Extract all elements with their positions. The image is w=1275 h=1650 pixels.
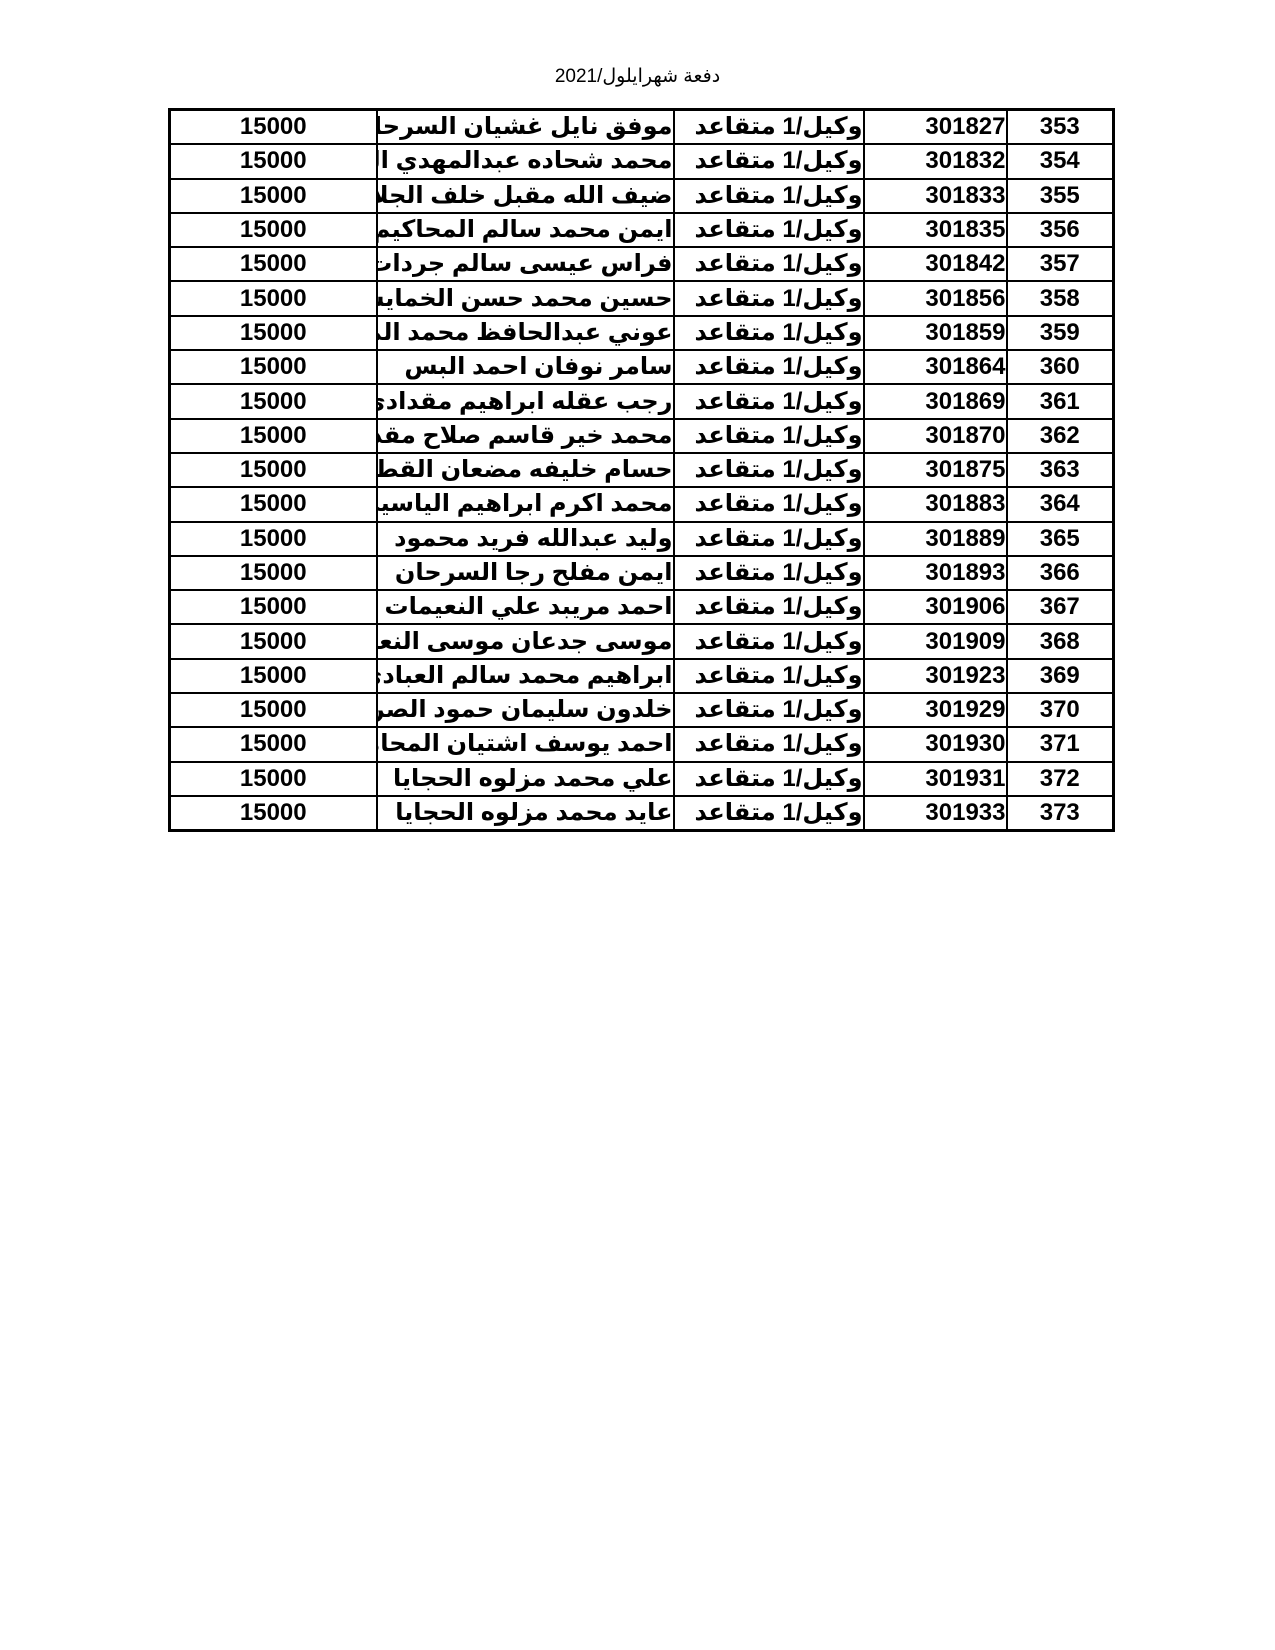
- id-cell: 301931: [864, 762, 1007, 796]
- amount-cell: 15000: [170, 453, 377, 487]
- id-cell: 301870: [864, 419, 1007, 453]
- sequence-cell: 368: [1007, 624, 1114, 658]
- table-row: 15000 محمد اكرم ابراهيم الياسين وكيل/1 م…: [170, 487, 1114, 521]
- amount-cell: 15000: [170, 487, 377, 521]
- sequence-cell: 361: [1007, 384, 1114, 418]
- sequence-cell: 365: [1007, 522, 1114, 556]
- id-cell: 301893: [864, 556, 1007, 590]
- id-cell: 301930: [864, 727, 1007, 761]
- name-cell: وليد عبدالله فريد محمود: [377, 522, 674, 556]
- sequence-cell: 358: [1007, 281, 1114, 315]
- sequence-cell: 369: [1007, 659, 1114, 693]
- table-row: 15000 حسام خليفه مضعان القطيفان وكيل/1 م…: [170, 453, 1114, 487]
- id-cell: 301906: [864, 590, 1007, 624]
- type-cell: وكيل/1 متقاعد: [674, 624, 864, 658]
- type-cell: وكيل/1 متقاعد: [674, 144, 864, 178]
- table-row: 15000 محمد خير قاسم صلاح مقدادي وكيل/1 م…: [170, 419, 1114, 453]
- table-row: 15000 رجب عقله ابراهيم مقدادي وكيل/1 متق…: [170, 384, 1114, 418]
- type-cell: وكيل/1 متقاعد: [674, 796, 864, 831]
- name-cell: محمد اكرم ابراهيم الياسين: [377, 487, 674, 521]
- amount-cell: 15000: [170, 179, 377, 213]
- amount-cell: 15000: [170, 796, 377, 831]
- id-cell: 301832: [864, 144, 1007, 178]
- name-cell: ابراهيم محمد سالم العبادي: [377, 659, 674, 693]
- id-cell: 301842: [864, 247, 1007, 281]
- table-row: 15000 خلدون سليمان حمود الصرايره وكيل/1 …: [170, 693, 1114, 727]
- name-cell: محمد خير قاسم صلاح مقدادي: [377, 419, 674, 453]
- name-cell: عايد محمد مزلوه الحجايا: [377, 796, 674, 831]
- name-cell: موسى جدعان موسى النعيمات: [377, 624, 674, 658]
- amount-cell: 15000: [170, 419, 377, 453]
- id-cell: 301923: [864, 659, 1007, 693]
- sequence-cell: 372: [1007, 762, 1114, 796]
- amount-cell: 15000: [170, 556, 377, 590]
- table-row: 15000 عوني عبدالحافظ محمد المناصير وكيل/…: [170, 316, 1114, 350]
- id-cell: 301869: [864, 384, 1007, 418]
- name-cell: ضيف الله مقبل خلف الجلاغيف: [377, 179, 674, 213]
- type-cell: وكيل/1 متقاعد: [674, 453, 864, 487]
- table-row: 15000 حسين محمد حسن الخمايسه وكيل/1 متقا…: [170, 281, 1114, 315]
- amount-cell: 15000: [170, 693, 377, 727]
- table-row: 15000 ابراهيم محمد سالم العبادي وكيل/1 م…: [170, 659, 1114, 693]
- table-row: 15000 محمد شحاده عبدالمهدي الجلاغيف وكيل…: [170, 144, 1114, 178]
- sequence-cell: 360: [1007, 350, 1114, 384]
- name-cell: محمد شحاده عبدالمهدي الجلاغيف: [377, 144, 674, 178]
- type-cell: وكيل/1 متقاعد: [674, 316, 864, 350]
- type-cell: وكيل/1 متقاعد: [674, 110, 864, 145]
- id-cell: 301929: [864, 693, 1007, 727]
- amount-cell: 15000: [170, 624, 377, 658]
- table-row: 15000 موفق نايل غشيان السرحان وكيل/1 متق…: [170, 110, 1114, 145]
- table-row: 15000 سامر نوفان احمد البس وكيل/1 متقاعد…: [170, 350, 1114, 384]
- sequence-cell: 355: [1007, 179, 1114, 213]
- type-cell: وكيل/1 متقاعد: [674, 522, 864, 556]
- type-cell: وكيل/1 متقاعد: [674, 281, 864, 315]
- sequence-cell: 357: [1007, 247, 1114, 281]
- type-cell: وكيل/1 متقاعد: [674, 590, 864, 624]
- type-cell: وكيل/1 متقاعد: [674, 727, 864, 761]
- id-cell: 301909: [864, 624, 1007, 658]
- table-row: 15000 فراس عيسى سالم جردات وكيل/1 متقاعد…: [170, 247, 1114, 281]
- amount-cell: 15000: [170, 247, 377, 281]
- type-cell: وكيل/1 متقاعد: [674, 384, 864, 418]
- sequence-cell: 367: [1007, 590, 1114, 624]
- amount-cell: 15000: [170, 281, 377, 315]
- id-cell: 301859: [864, 316, 1007, 350]
- amount-cell: 15000: [170, 727, 377, 761]
- table-row: 15000 علي محمد مزلوه الحجايا وكيل/1 متقا…: [170, 762, 1114, 796]
- name-cell: حسام خليفه مضعان القطيفان: [377, 453, 674, 487]
- sequence-cell: 354: [1007, 144, 1114, 178]
- type-cell: وكيل/1 متقاعد: [674, 179, 864, 213]
- amount-cell: 15000: [170, 762, 377, 796]
- page-title: دفعة شهرايلول/2021: [0, 64, 1275, 90]
- amount-cell: 15000: [170, 659, 377, 693]
- sequence-cell: 364: [1007, 487, 1114, 521]
- amount-cell: 15000: [170, 144, 377, 178]
- id-cell: 301864: [864, 350, 1007, 384]
- table-row: 15000 موسى جدعان موسى النعيمات وكيل/1 مت…: [170, 624, 1114, 658]
- type-cell: وكيل/1 متقاعد: [674, 487, 864, 521]
- type-cell: وكيل/1 متقاعد: [674, 247, 864, 281]
- name-cell: خلدون سليمان حمود الصرايره: [377, 693, 674, 727]
- name-cell: عوني عبدالحافظ محمد المناصير: [377, 316, 674, 350]
- sequence-cell: 359: [1007, 316, 1114, 350]
- id-cell: 301833: [864, 179, 1007, 213]
- type-cell: وكيل/1 متقاعد: [674, 419, 864, 453]
- amount-cell: 15000: [170, 384, 377, 418]
- name-cell: ايمن محمد سالم المحاكيم: [377, 213, 674, 247]
- name-cell: احمد مريبد علي النعيمات: [377, 590, 674, 624]
- type-cell: وكيل/1 متقاعد: [674, 350, 864, 384]
- type-cell: وكيل/1 متقاعد: [674, 693, 864, 727]
- payment-roster-table: 15000 موفق نايل غشيان السرحان وكيل/1 متق…: [168, 108, 1115, 832]
- name-cell: حسين محمد حسن الخمايسه: [377, 281, 674, 315]
- sequence-cell: 356: [1007, 213, 1114, 247]
- type-cell: وكيل/1 متقاعد: [674, 659, 864, 693]
- id-cell: 301835: [864, 213, 1007, 247]
- sequence-cell: 373: [1007, 796, 1114, 831]
- table-row: 15000 ايمن مفلح رجا السرحان وكيل/1 متقاع…: [170, 556, 1114, 590]
- id-cell: 301933: [864, 796, 1007, 831]
- name-cell: موفق نايل غشيان السرحان: [377, 110, 674, 145]
- sequence-cell: 353: [1007, 110, 1114, 145]
- amount-cell: 15000: [170, 316, 377, 350]
- amount-cell: 15000: [170, 110, 377, 145]
- name-cell: رجب عقله ابراهيم مقدادي: [377, 384, 674, 418]
- sequence-cell: 362: [1007, 419, 1114, 453]
- amount-cell: 15000: [170, 350, 377, 384]
- table-row: 15000 احمد مريبد علي النعيمات وكيل/1 متق…: [170, 590, 1114, 624]
- type-cell: وكيل/1 متقاعد: [674, 213, 864, 247]
- id-cell: 301875: [864, 453, 1007, 487]
- table-row: 15000 ضيف الله مقبل خلف الجلاغيف وكيل/1 …: [170, 179, 1114, 213]
- table-row: 15000 عايد محمد مزلوه الحجايا وكيل/1 متق…: [170, 796, 1114, 831]
- sequence-cell: 366: [1007, 556, 1114, 590]
- name-cell: ايمن مفلح رجا السرحان: [377, 556, 674, 590]
- amount-cell: 15000: [170, 213, 377, 247]
- name-cell: احمد يوسف اشتيان المحاميد: [377, 727, 674, 761]
- amount-cell: 15000: [170, 522, 377, 556]
- id-cell: 301889: [864, 522, 1007, 556]
- table-row: 15000 احمد يوسف اشتيان المحاميد وكيل/1 م…: [170, 727, 1114, 761]
- amount-cell: 15000: [170, 590, 377, 624]
- id-cell: 301856: [864, 281, 1007, 315]
- name-cell: علي محمد مزلوه الحجايا: [377, 762, 674, 796]
- type-cell: وكيل/1 متقاعد: [674, 762, 864, 796]
- sequence-cell: 363: [1007, 453, 1114, 487]
- sequence-cell: 371: [1007, 727, 1114, 761]
- name-cell: فراس عيسى سالم جردات: [377, 247, 674, 281]
- table-row: 15000 وليد عبدالله فريد محمود وكيل/1 متق…: [170, 522, 1114, 556]
- table-row: 15000 ايمن محمد سالم المحاكيم وكيل/1 متق…: [170, 213, 1114, 247]
- sequence-cell: 370: [1007, 693, 1114, 727]
- id-cell: 301827: [864, 110, 1007, 145]
- id-cell: 301883: [864, 487, 1007, 521]
- type-cell: وكيل/1 متقاعد: [674, 556, 864, 590]
- name-cell: سامر نوفان احمد البس: [377, 350, 674, 384]
